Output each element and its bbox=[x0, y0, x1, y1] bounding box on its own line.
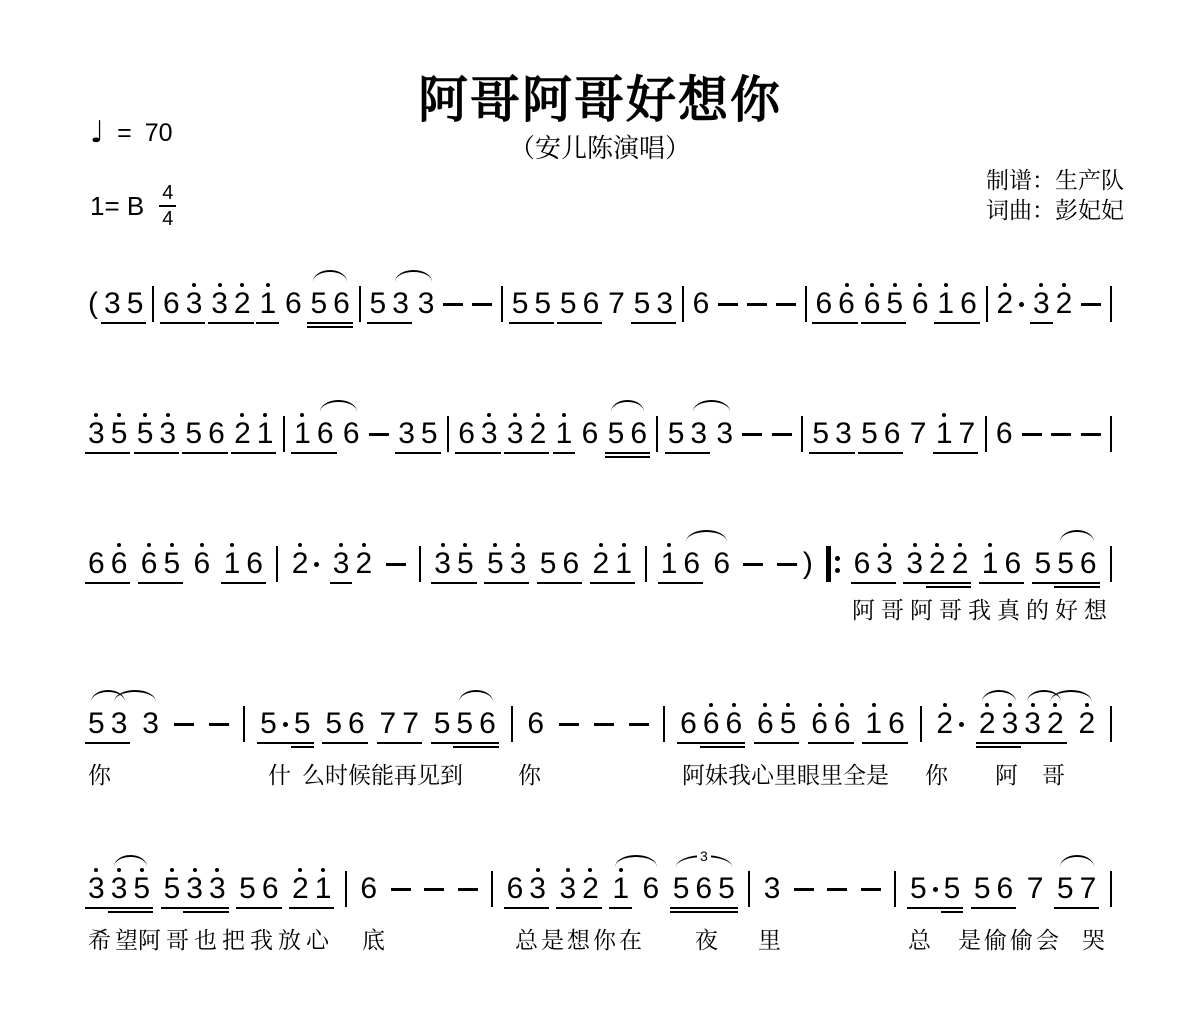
beat-group bbox=[1078, 280, 1104, 330]
beam-underline bbox=[933, 741, 956, 750]
note: 3 bbox=[903, 540, 926, 590]
note: 3 bbox=[101, 280, 124, 330]
beam-underline bbox=[723, 741, 746, 750]
note: 3 bbox=[330, 540, 353, 590]
octave-dot-slot bbox=[206, 700, 232, 707]
beat-group bbox=[773, 280, 799, 330]
glyph: 3 bbox=[507, 547, 530, 581]
note: 6 bbox=[85, 540, 108, 590]
parenthesis: ) bbox=[800, 540, 816, 590]
dash-mark bbox=[386, 563, 406, 566]
octave-dot-slot bbox=[108, 410, 131, 417]
note: 6 bbox=[108, 540, 131, 590]
beam-underline bbox=[903, 581, 926, 590]
beam-underline bbox=[1032, 581, 1055, 590]
octave-dot-slot bbox=[256, 280, 279, 287]
octave-dot-slot bbox=[455, 410, 478, 417]
dash-mark bbox=[827, 888, 847, 891]
beat-group bbox=[273, 540, 281, 590]
slur-arc bbox=[1060, 530, 1095, 542]
dash-mark bbox=[559, 723, 579, 726]
bar-mark bbox=[1110, 706, 1112, 742]
note: 6 bbox=[994, 865, 1017, 915]
note: 3 bbox=[1030, 280, 1053, 330]
octave-dot-slot bbox=[579, 865, 602, 872]
beat-group: 7 bbox=[605, 280, 628, 330]
glyph: 3 bbox=[395, 417, 418, 451]
tempo-bpm: 70 bbox=[145, 119, 173, 148]
glyph: 5 bbox=[257, 707, 280, 741]
glyph: 6 bbox=[690, 287, 713, 321]
note: 5 bbox=[134, 410, 157, 460]
note: 3 bbox=[85, 865, 108, 915]
lyric-run: 里 bbox=[758, 922, 781, 955]
beam-underline bbox=[605, 451, 628, 460]
beam-underline bbox=[761, 906, 784, 915]
glyph: 3 bbox=[526, 872, 549, 906]
dash-mark bbox=[776, 303, 796, 306]
note: 6 bbox=[677, 700, 700, 750]
note: 2 bbox=[527, 410, 550, 460]
beam-underline bbox=[1001, 581, 1024, 590]
beam-underline bbox=[627, 451, 650, 460]
dash-extension bbox=[1078, 280, 1104, 330]
lyric-run: 夜 bbox=[695, 922, 718, 955]
beam-underline bbox=[609, 906, 632, 915]
bar-mark bbox=[501, 286, 503, 322]
note: 2 bbox=[289, 865, 312, 915]
beat-group: 6 bbox=[690, 280, 713, 330]
octave-dot-slot bbox=[557, 280, 580, 287]
augmentation-dot bbox=[1016, 280, 1027, 330]
dash-mark bbox=[1081, 303, 1101, 306]
glyph: 3 bbox=[183, 872, 206, 906]
barline bbox=[1107, 540, 1115, 590]
glyph bbox=[508, 707, 516, 741]
dash-mark bbox=[594, 723, 614, 726]
beat-group bbox=[798, 410, 806, 460]
glyph bbox=[416, 547, 424, 581]
beam-underline bbox=[330, 321, 353, 330]
bar-mark bbox=[801, 416, 803, 452]
glyph: 5 bbox=[182, 417, 205, 451]
beat-group: 666 bbox=[677, 700, 745, 750]
glyph: 6 bbox=[835, 287, 858, 321]
beat-group: 56 bbox=[307, 280, 352, 330]
glyph: 6 bbox=[345, 707, 368, 741]
octave-dot-slot bbox=[590, 540, 613, 547]
beam-underline bbox=[282, 321, 305, 330]
beam-underline bbox=[774, 581, 800, 590]
note: 6 bbox=[160, 280, 183, 330]
barline bbox=[642, 540, 650, 590]
beat-group: 35 bbox=[85, 410, 130, 460]
glyph: 2 bbox=[231, 417, 254, 451]
note: 6 bbox=[282, 280, 305, 330]
dash-extension bbox=[455, 865, 481, 915]
glyph: 3 bbox=[208, 287, 231, 321]
glyph: 2 bbox=[1053, 287, 1076, 321]
dot-mark bbox=[283, 722, 288, 727]
beam-underline bbox=[85, 906, 108, 915]
beat-group: 55 bbox=[509, 280, 554, 330]
glyph: 5 bbox=[631, 287, 654, 321]
glyph bbox=[440, 287, 466, 321]
beat-group bbox=[824, 865, 850, 915]
glyph bbox=[469, 287, 495, 321]
beat-group: 6 bbox=[340, 410, 363, 460]
bar-mark bbox=[283, 416, 285, 452]
beam-underline bbox=[231, 451, 254, 460]
beat-group: 56 bbox=[858, 410, 903, 460]
bar-mark bbox=[1110, 871, 1112, 907]
tuplet-number: 3 bbox=[697, 848, 711, 864]
note: 5 bbox=[161, 865, 184, 915]
glyph: 6 bbox=[861, 287, 884, 321]
beat-group: 32 bbox=[504, 410, 549, 460]
glyph: 1 bbox=[612, 547, 635, 581]
beam-underline bbox=[330, 581, 353, 590]
octave-dot-slot bbox=[85, 410, 108, 417]
note: 3 bbox=[108, 865, 131, 915]
octave-dot-slot bbox=[421, 865, 447, 872]
glyph: 5 bbox=[537, 547, 560, 581]
dash-extension bbox=[858, 865, 884, 915]
octave-dot-slot bbox=[556, 865, 579, 872]
beam-underline bbox=[824, 906, 850, 915]
glyph bbox=[740, 547, 766, 581]
slur-arc bbox=[1060, 855, 1095, 867]
note: 3 bbox=[415, 280, 438, 330]
beat-group: 1 bbox=[609, 865, 632, 915]
note: 2 bbox=[926, 540, 949, 590]
glyph bbox=[498, 287, 506, 321]
beat-group: 65 bbox=[861, 280, 906, 330]
glyph: 2 bbox=[1044, 707, 1067, 741]
note: 5 bbox=[236, 865, 259, 915]
beam-underline bbox=[455, 451, 478, 460]
beat-group: (35 bbox=[85, 280, 146, 330]
glyph: 2 bbox=[949, 547, 972, 581]
octave-dot-slot bbox=[208, 280, 231, 287]
note: 5 bbox=[454, 540, 477, 590]
note: 5 bbox=[537, 540, 560, 590]
lyric-run: 你 bbox=[518, 757, 541, 790]
beam-underline bbox=[700, 741, 723, 750]
octave-dot-slot bbox=[1053, 280, 1076, 287]
repeat-thick-bar bbox=[826, 546, 831, 582]
beam-underline bbox=[507, 581, 530, 590]
beat-group: 7 bbox=[1024, 865, 1047, 915]
dash-mark bbox=[861, 888, 881, 891]
octave-dot-slot bbox=[289, 865, 312, 872]
lyric-run: 是偷偷会 bbox=[958, 922, 1062, 955]
octave-dot-slot bbox=[1032, 540, 1055, 547]
glyph: 6 bbox=[881, 417, 904, 451]
note: 2 bbox=[993, 280, 1016, 330]
glyph: 5 bbox=[670, 872, 693, 906]
note: 5 bbox=[130, 865, 153, 915]
slur-arc bbox=[313, 270, 348, 282]
note: 6 bbox=[640, 865, 663, 915]
dash-mark bbox=[174, 723, 194, 726]
glyph: 2 bbox=[352, 547, 375, 581]
slur-arc bbox=[1050, 690, 1093, 702]
lyric-run: 阿哥也把我放心 bbox=[138, 922, 334, 955]
beam-underline bbox=[858, 906, 884, 915]
beat-group: 2 bbox=[1075, 700, 1098, 750]
glyph: 5 bbox=[809, 417, 832, 451]
note: 3 bbox=[653, 280, 676, 330]
note: 3 bbox=[208, 280, 231, 330]
beam-underline bbox=[243, 581, 266, 590]
bar-mark bbox=[748, 871, 750, 907]
beam-underline bbox=[933, 451, 956, 460]
glyph: 5 bbox=[124, 287, 147, 321]
glyph bbox=[626, 707, 652, 741]
note: 3 bbox=[873, 540, 896, 590]
score-line-3: 666561623235535621166)6332216556 bbox=[85, 528, 1115, 602]
glyph: 2 bbox=[289, 547, 312, 581]
octave-dot-slot bbox=[861, 280, 884, 287]
dash-extension bbox=[366, 410, 392, 460]
note: 3 bbox=[139, 700, 162, 750]
quarter-note-icon: ♩ bbox=[90, 118, 104, 148]
beam-underline bbox=[291, 741, 314, 750]
beam-underline bbox=[526, 906, 549, 915]
glyph bbox=[280, 707, 291, 741]
glyph: 5 bbox=[108, 417, 131, 451]
glyph: 6 bbox=[243, 547, 266, 581]
beam-underline bbox=[484, 581, 507, 590]
beam-underline bbox=[160, 321, 183, 330]
beam-underline bbox=[832, 451, 855, 460]
slur-arc bbox=[320, 400, 358, 412]
slur-arc bbox=[686, 530, 728, 542]
slur-arc bbox=[982, 690, 1017, 702]
glyph: 5 bbox=[484, 547, 507, 581]
note: 3 bbox=[687, 410, 710, 460]
glyph: 5 bbox=[291, 707, 314, 741]
glyph: 3 bbox=[999, 707, 1022, 741]
note: 3 bbox=[507, 540, 530, 590]
beam-underline bbox=[926, 581, 949, 590]
note: 1 bbox=[254, 410, 277, 460]
octave-dot-slot bbox=[85, 540, 108, 547]
octave-dot-slot bbox=[1048, 410, 1074, 417]
octave-dot-slot bbox=[653, 280, 676, 287]
octave-dot-slot bbox=[352, 540, 375, 547]
octave-dot-slot bbox=[366, 410, 392, 417]
note: 5 bbox=[605, 410, 628, 460]
beam-underline bbox=[85, 321, 101, 330]
beat-group bbox=[1107, 865, 1115, 915]
beam-underline bbox=[670, 906, 693, 915]
beam-underline bbox=[206, 906, 229, 915]
glyph bbox=[421, 872, 447, 906]
octave-dot-slot bbox=[469, 280, 495, 287]
beat-group: 56 bbox=[971, 865, 1016, 915]
note: 1 bbox=[609, 865, 632, 915]
beam-underline bbox=[366, 451, 392, 460]
dash-extension bbox=[469, 280, 495, 330]
note: 6 bbox=[1001, 540, 1024, 590]
beat-group bbox=[891, 865, 899, 915]
glyph bbox=[824, 872, 850, 906]
glyph: 5 bbox=[236, 872, 259, 906]
octave-dot-slot bbox=[388, 865, 414, 872]
beam-underline bbox=[934, 321, 957, 330]
octave-dot-slot bbox=[580, 280, 603, 287]
beat-group: 17 bbox=[933, 410, 978, 460]
barline bbox=[240, 700, 248, 750]
note: 1 bbox=[934, 280, 957, 330]
beam-underline bbox=[383, 581, 409, 590]
octave-dot-slot bbox=[383, 540, 409, 547]
beam-underline bbox=[236, 906, 259, 915]
time-signature-denominator: 4 bbox=[162, 207, 173, 229]
glyph: 6 bbox=[330, 287, 353, 321]
note: 5 bbox=[257, 700, 280, 750]
barline bbox=[745, 865, 753, 915]
octave-dot-slot bbox=[312, 865, 335, 872]
beam-underline bbox=[677, 741, 700, 750]
beam-underline bbox=[605, 321, 628, 330]
octave-dot-slot bbox=[1019, 410, 1045, 417]
beam-underline bbox=[956, 451, 979, 460]
note: 5 bbox=[367, 280, 390, 330]
glyph: 3 bbox=[1021, 707, 1044, 741]
beam-underline bbox=[431, 581, 454, 590]
beam-underline bbox=[273, 581, 281, 590]
augmentation-dot bbox=[956, 700, 967, 750]
beam-underline bbox=[85, 581, 108, 590]
beat-group bbox=[421, 865, 447, 915]
octave-dot-slot bbox=[236, 865, 259, 872]
beam-underline bbox=[149, 321, 157, 330]
glyph: 3 bbox=[108, 872, 131, 906]
octave-dot-slot bbox=[1030, 280, 1053, 287]
dash-mark bbox=[443, 303, 463, 306]
beat-group: 21 bbox=[289, 865, 334, 915]
beam-underline bbox=[579, 451, 602, 460]
beam-underline bbox=[739, 451, 765, 460]
octave-dot-slot bbox=[612, 540, 635, 547]
beam-underline bbox=[395, 451, 418, 460]
beat-group bbox=[591, 700, 617, 750]
beat-group: 2 bbox=[993, 280, 1027, 330]
beam-underline bbox=[524, 741, 547, 750]
beat-group: 53 bbox=[665, 410, 710, 460]
beam-underline bbox=[745, 906, 753, 915]
beat-group bbox=[917, 700, 925, 750]
glyph bbox=[1078, 417, 1104, 451]
beam-underline bbox=[108, 906, 131, 915]
bar-mark bbox=[243, 706, 245, 742]
bar-mark bbox=[1110, 416, 1112, 452]
glyph: 1 bbox=[312, 872, 335, 906]
beam-underline bbox=[559, 581, 582, 590]
beam-underline bbox=[744, 321, 770, 330]
bar-mark bbox=[1110, 546, 1112, 582]
bar-mark bbox=[419, 546, 421, 582]
octave-dot-slot bbox=[289, 540, 312, 547]
glyph: 6 bbox=[160, 287, 183, 321]
note: 6 bbox=[345, 700, 368, 750]
beam-underline bbox=[259, 906, 282, 915]
performer-subtitle: （安儿陈演唱） bbox=[0, 128, 1200, 165]
beam-underline bbox=[823, 581, 843, 590]
octave-dot-slot bbox=[907, 865, 930, 872]
song-title: 阿哥阿哥好想你 bbox=[0, 60, 1200, 132]
glyph: 6 bbox=[259, 872, 282, 906]
beat-group: 63 bbox=[851, 540, 896, 590]
bar-mark bbox=[447, 416, 449, 452]
barline bbox=[660, 700, 668, 750]
glyph bbox=[983, 287, 991, 321]
beam-underline bbox=[444, 451, 452, 460]
beam-underline bbox=[1054, 906, 1077, 915]
octave-dot-slot bbox=[85, 280, 101, 287]
beat-group: 66 bbox=[812, 280, 857, 330]
lyric-run: 底 bbox=[362, 922, 385, 955]
octave-dot-slot bbox=[979, 540, 1002, 547]
barline bbox=[798, 410, 806, 460]
beat-group: 6 bbox=[524, 700, 547, 750]
octave-dot-slot bbox=[257, 700, 280, 707]
octave-dot-slot bbox=[777, 700, 800, 707]
glyph: 3 bbox=[330, 547, 353, 581]
glyph: 6 bbox=[692, 872, 715, 906]
octave-dot-slot bbox=[658, 540, 681, 547]
dash-mark bbox=[1051, 433, 1071, 436]
slur-arc bbox=[611, 400, 645, 412]
beat-group bbox=[1048, 410, 1074, 460]
score-line-5: 33553356216633216565355567573 bbox=[85, 853, 1115, 927]
beam-underline bbox=[773, 321, 799, 330]
beam-underline bbox=[979, 581, 1002, 590]
beat-group bbox=[823, 540, 843, 590]
note: 6 bbox=[580, 280, 603, 330]
note: 6 bbox=[831, 700, 854, 750]
octave-dot-slot bbox=[933, 410, 956, 417]
beat-group: 556 bbox=[1032, 540, 1100, 590]
octave-dot-slot bbox=[171, 700, 197, 707]
beam-underline bbox=[312, 906, 335, 915]
beam-underline bbox=[498, 321, 506, 330]
beam-underline bbox=[101, 321, 124, 330]
octave-dot-slot bbox=[949, 540, 972, 547]
octave-dot-slot bbox=[205, 410, 228, 417]
beam-underline bbox=[1107, 451, 1115, 460]
note: 3 bbox=[556, 865, 579, 915]
bar-mark bbox=[511, 706, 513, 742]
octave-dot-slot bbox=[808, 700, 831, 707]
note: 5 bbox=[777, 700, 800, 750]
octave-dot-slot bbox=[909, 280, 932, 287]
octave-dot-slot bbox=[507, 540, 530, 547]
glyph bbox=[1016, 287, 1027, 321]
note: 5 bbox=[418, 410, 441, 460]
glyph: 6 bbox=[455, 417, 478, 451]
note: 3 bbox=[431, 540, 454, 590]
note: 3 bbox=[85, 410, 108, 460]
beam-underline bbox=[388, 906, 414, 915]
glyph: 6 bbox=[831, 707, 854, 741]
beat-group: 2332 bbox=[976, 700, 1067, 750]
beam-underline bbox=[713, 451, 736, 460]
beam-underline bbox=[389, 321, 412, 330]
